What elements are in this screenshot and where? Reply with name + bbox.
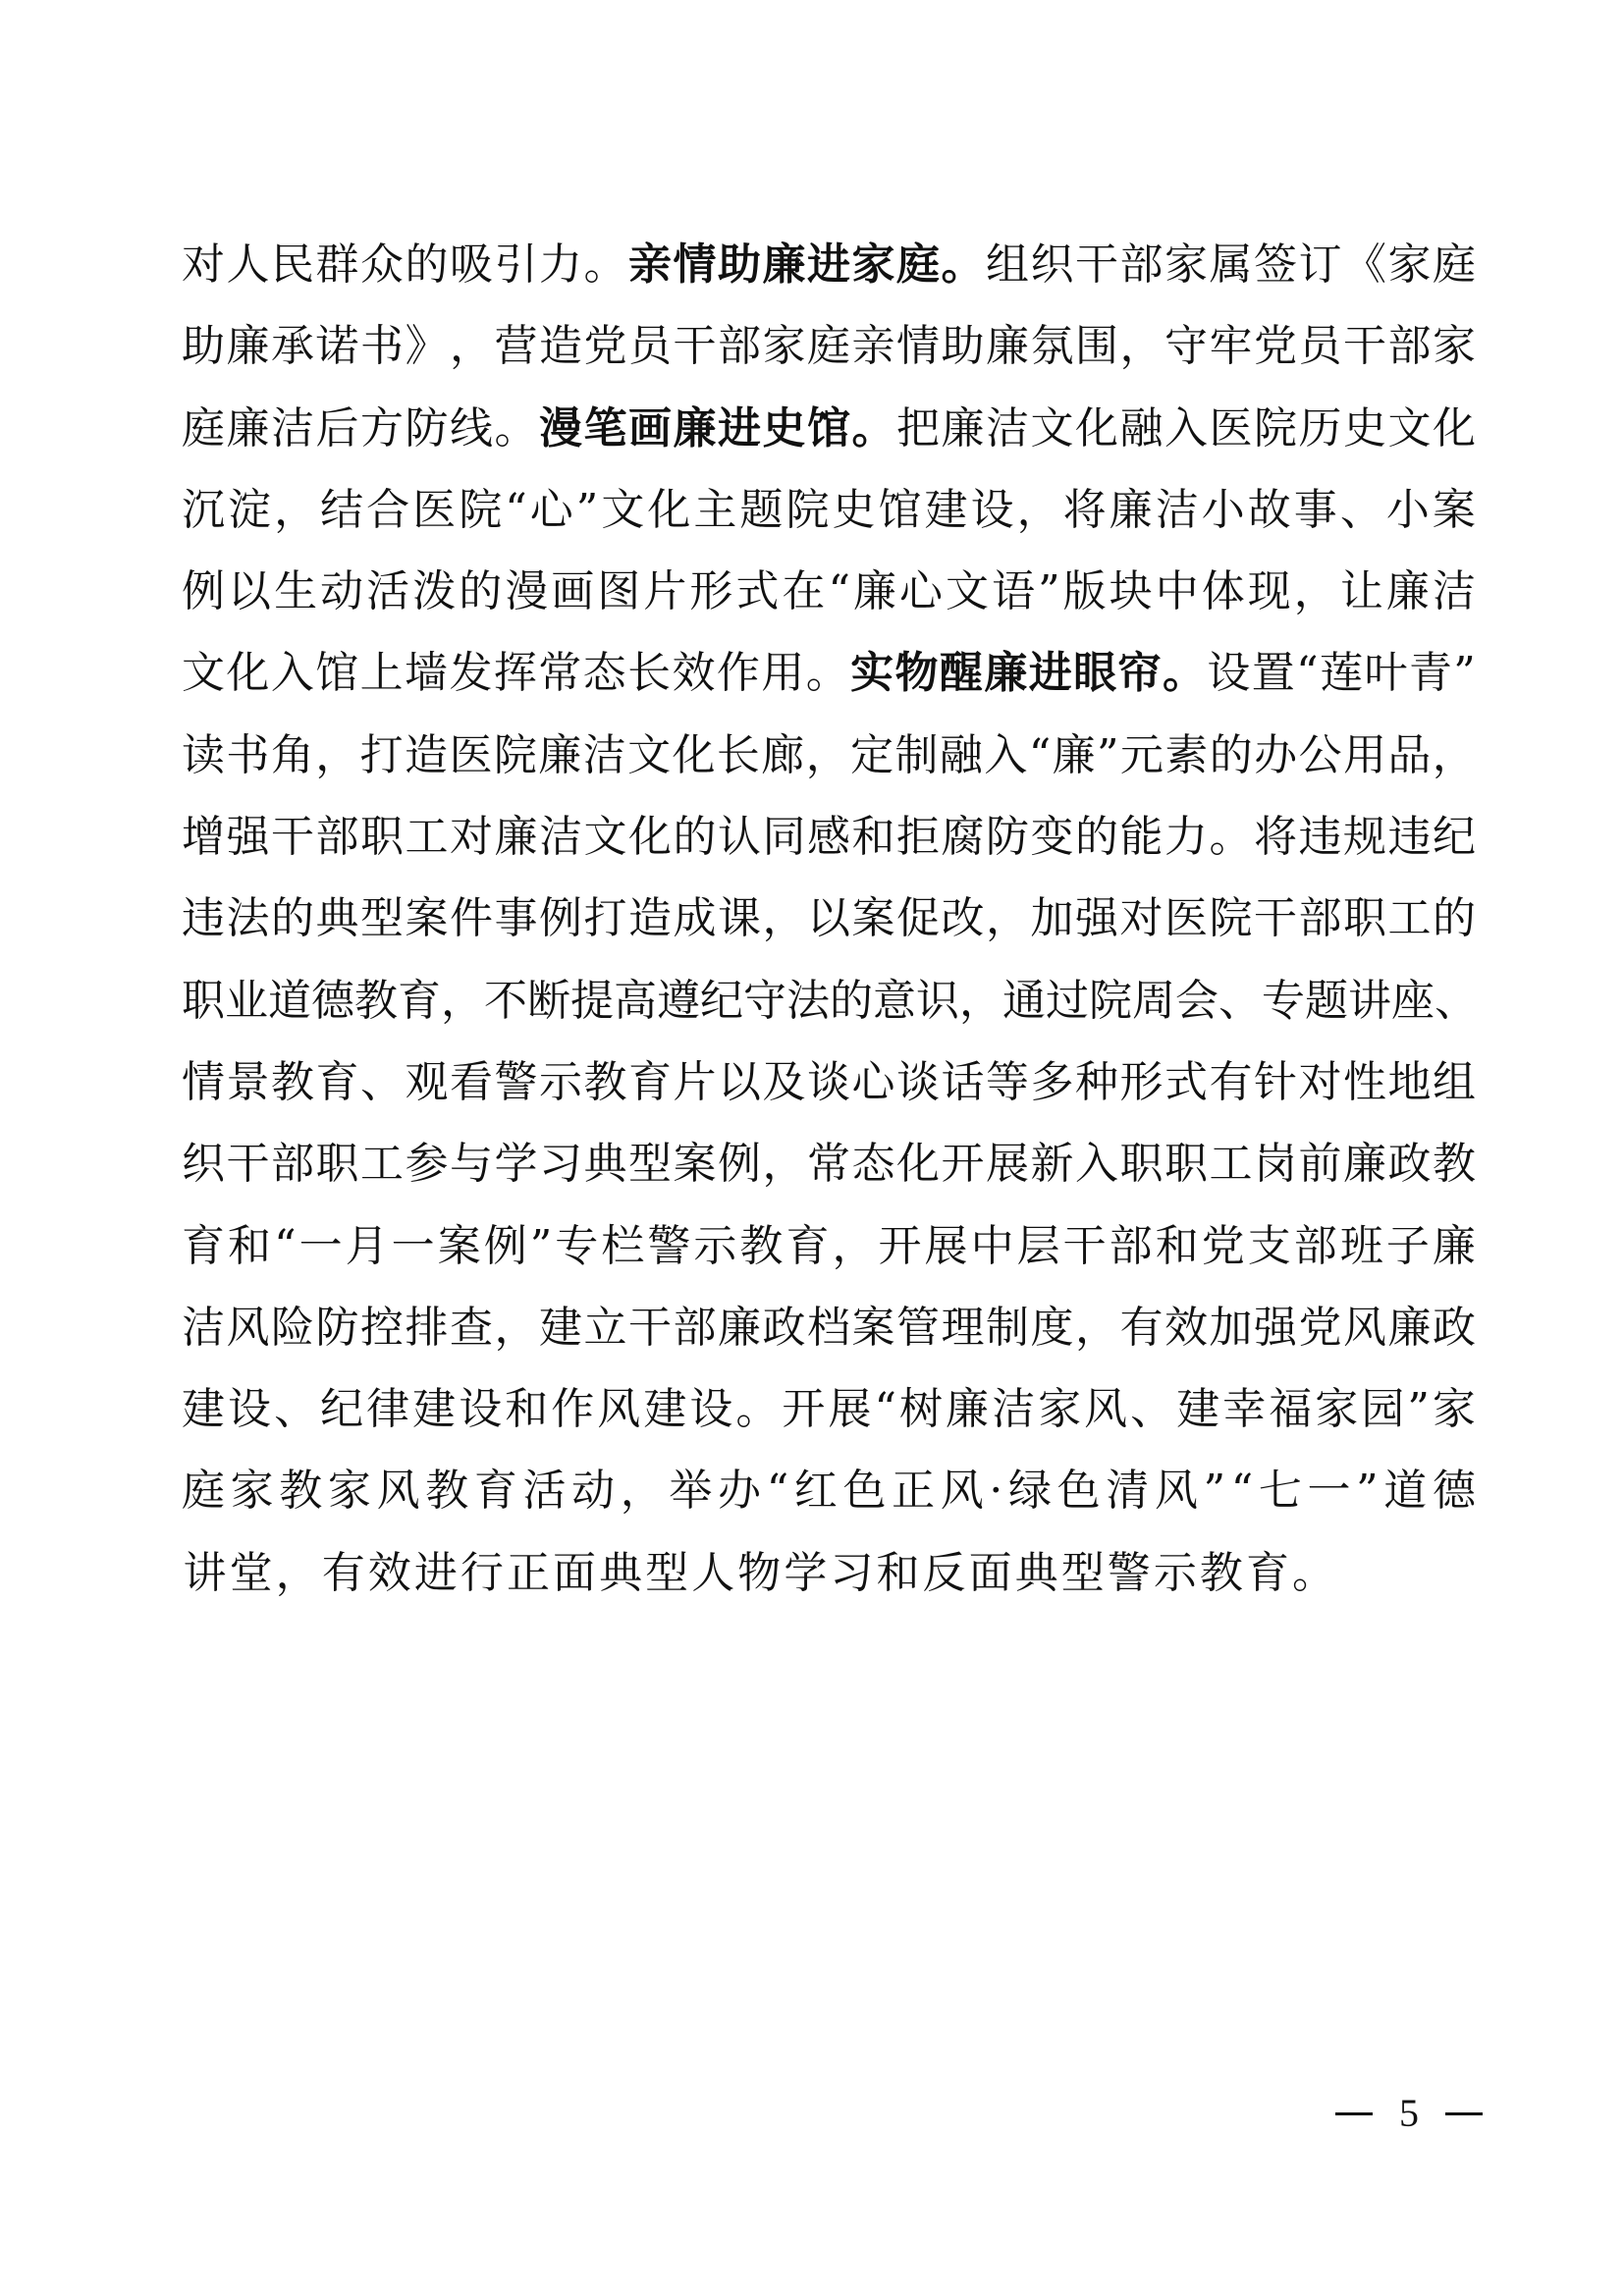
text-char: 入 [271, 642, 314, 723]
text-char: 承 [271, 315, 314, 397]
text-char: 廉 [946, 1378, 989, 1460]
text-char: 干 [1254, 887, 1297, 969]
text-char: 例 [718, 1133, 761, 1214]
text-char: 风 [227, 1297, 270, 1378]
text-char: 和 [228, 1215, 271, 1297]
text-char: 。 [584, 234, 627, 315]
text-char: 学 [783, 1542, 829, 1624]
text-char: 洁 [1433, 561, 1476, 642]
text-char: 体 [1202, 561, 1245, 642]
text-char: 员 [628, 315, 672, 397]
text-char: 德 [311, 970, 354, 1051]
text-char: 组 [986, 234, 1029, 315]
text-char: 工 [360, 1133, 404, 1214]
text-char: 教 [584, 1051, 627, 1133]
text-char: 块 [1110, 561, 1153, 642]
text-char: 控 [360, 1297, 404, 1378]
text-char: ” [1204, 1460, 1226, 1541]
text-line: 文化入馆上墙发挥常态长效作用。实物醒廉进眼帘。设置“莲叶青” [182, 642, 1476, 723]
text-char: 面 [552, 1542, 598, 1624]
text-char: 院 [1089, 970, 1132, 1051]
text-char: 漫 [505, 561, 548, 642]
text-char: 后 [316, 398, 359, 479]
text-char: 家 [328, 1460, 371, 1541]
text-char: 认 [718, 806, 761, 887]
text-char: 家 [1388, 234, 1432, 315]
text-char: 动 [320, 561, 363, 642]
text-char: 作 [717, 642, 760, 723]
text-char: 法 [786, 970, 830, 1051]
text-char: “ [874, 1378, 896, 1460]
text-char: 设 [228, 1378, 271, 1460]
text-char: 廉 [538, 724, 581, 806]
text-char: 强 [1254, 1297, 1297, 1378]
text-char: 融 [940, 724, 983, 806]
body-paragraph: 对人民群众的吸引力。亲情助廉进家庭。组织干部家属签订《家庭助廉承诺书》，营造党员… [182, 234, 1476, 1624]
text-char: 福 [1269, 1378, 1312, 1460]
text-char: 育 [316, 1051, 359, 1133]
text-char: 以 [228, 561, 271, 642]
text-char: 常 [538, 642, 581, 723]
text-char: 题 [739, 479, 783, 561]
text-char: 清 [1106, 1460, 1149, 1541]
text-char: 建 [1176, 1378, 1219, 1460]
text-char: 诺 [316, 315, 359, 397]
text-char: 挥 [494, 642, 537, 723]
text-char: 片 [643, 561, 686, 642]
text-char: 腐 [942, 806, 985, 887]
text-char: 和 [875, 1542, 921, 1624]
text-char: 的 [1210, 724, 1253, 806]
text-char: 典 [1013, 1542, 1059, 1624]
text-char: 参 [406, 1133, 449, 1214]
text-char: 态 [583, 642, 626, 723]
text-char: 家 [1433, 1378, 1476, 1460]
text-char: 廉 [853, 561, 896, 642]
bold-heading-char: 笔 [584, 398, 627, 479]
text-char: 版 [1063, 561, 1107, 642]
text-char: 和 [505, 1378, 548, 1460]
text-char: 一 [1308, 1460, 1351, 1541]
text-char: 淀 [228, 479, 271, 561]
text-char: 牢 [1210, 315, 1253, 397]
text-char: 办 [1254, 724, 1297, 806]
text-char: 长 [717, 724, 760, 806]
text-char: 庭 [182, 398, 225, 479]
text-char: 设 [971, 479, 1014, 561]
text-char: 幸 [1222, 1378, 1266, 1460]
text-line: 读书角，打造医院廉洁文化长廊，定制融入“廉”元素的办公用品， [182, 724, 1476, 806]
text-char: 廉 [1388, 1297, 1432, 1378]
text-char: ， [1433, 724, 1476, 806]
text-char: 化 [1075, 398, 1118, 479]
text-char: 读 [182, 724, 225, 806]
text-char: 。 [806, 642, 849, 723]
text-char: 干 [271, 806, 314, 887]
text-char: 医 [449, 724, 492, 806]
text-char: 家 [1038, 1378, 1081, 1460]
text-char: 办 [718, 1460, 761, 1541]
text-char: 态 [852, 1133, 895, 1214]
text-char: 制 [895, 724, 939, 806]
text-char: 针 [1254, 1051, 1297, 1133]
text-char: 部 [316, 806, 359, 887]
text-char: 、 [274, 1378, 317, 1460]
text-char: 堂 [228, 1542, 274, 1624]
text-char: 常 [807, 1133, 850, 1214]
text-char: 月 [346, 1215, 389, 1297]
text-char: 遵 [657, 970, 700, 1051]
text-char: 业 [225, 970, 268, 1051]
text-char: 改 [942, 887, 985, 969]
text-char: 通 [1002, 970, 1046, 1051]
bold-heading-char: 家 [852, 234, 895, 315]
text-char: 举 [669, 1460, 712, 1541]
text-char: ， [315, 724, 358, 806]
text-char: 职 [316, 1133, 359, 1214]
text-line: 讲堂，有效进行正面典型人物学习和反面典型警示教育。 [182, 1542, 1476, 1624]
text-char: 栏 [601, 1215, 644, 1297]
text-char: 人 [227, 234, 270, 315]
text-char: 泼 [412, 561, 456, 642]
text-char: 家 [763, 315, 806, 397]
text-char: 守 [1164, 315, 1208, 397]
text-char: 风 [377, 1460, 420, 1541]
text-char: 《 [1343, 234, 1386, 315]
text-char: 文 [584, 806, 627, 887]
text-char: 的 [459, 561, 502, 642]
text-char: 职 [360, 806, 404, 887]
text-char: 史 [832, 479, 875, 561]
text-char: 建 [412, 1378, 456, 1460]
text-line: 育和“一月一案例”专栏警示教育，开展中层干部和党支部班子廉 [182, 1215, 1476, 1297]
text-char: “ [767, 1460, 789, 1541]
text-char: 。 [495, 398, 538, 479]
text-char: 洁 [539, 806, 582, 887]
text-char: 引 [495, 234, 538, 315]
text-char: ” [1356, 1460, 1379, 1541]
text-char: 政 [763, 1297, 806, 1378]
text-char: 正 [892, 1460, 935, 1541]
text-char: ” [576, 479, 599, 561]
text-char: 事 [1294, 479, 1337, 561]
text-char: 色 [1057, 1460, 1101, 1541]
text-char: 有 [1210, 1051, 1253, 1133]
bold-heading-char: 史 [763, 398, 806, 479]
text-char: 规 [1343, 806, 1386, 887]
text-char: 型 [360, 887, 404, 969]
text-char: 。 [1210, 806, 1253, 887]
text-char: 廉 [986, 315, 1029, 397]
text-char: “ [1296, 642, 1319, 723]
text-char: 线 [450, 398, 493, 479]
text-char: 织 [182, 1133, 225, 1214]
text-char: 医 [1210, 398, 1253, 479]
text-char: ， [763, 1133, 806, 1214]
text-char: 观 [406, 1051, 449, 1133]
text-char: 故 [1248, 479, 1291, 561]
text-char: 层 [1017, 1215, 1060, 1297]
text-char: ， [806, 724, 849, 806]
text-char: 化 [226, 642, 269, 723]
text-char: 廉 [718, 1297, 761, 1378]
text-char: 让 [1340, 561, 1383, 642]
text-char: 洁 [583, 724, 626, 806]
text-char: 违 [182, 887, 225, 969]
text-char: 文 [1388, 398, 1432, 479]
text-char: 教 [1433, 1133, 1476, 1214]
text-char: 变 [1031, 806, 1074, 887]
text-char: 营 [495, 315, 538, 397]
text-char: ， [832, 1215, 875, 1297]
text-char: ” [1453, 642, 1476, 723]
text-char: 作 [551, 1378, 594, 1460]
text-char: 制 [986, 1297, 1029, 1378]
text-char: 建 [182, 1378, 225, 1460]
text-char: 建 [539, 1297, 582, 1378]
text-char: 结 [320, 479, 363, 561]
text-char: “ [505, 479, 527, 561]
text-char: 险 [271, 1297, 314, 1378]
text-char: 示 [1152, 1542, 1198, 1624]
text-char: 谈 [807, 1051, 850, 1133]
text-char: 围 [1075, 315, 1118, 397]
text-char: ， [274, 1542, 320, 1624]
text-char: 造 [405, 724, 448, 806]
text-char: 示 [539, 1051, 582, 1133]
text-char: 画 [551, 561, 594, 642]
text-char: 庭 [807, 315, 850, 397]
text-char: 防 [406, 398, 449, 479]
text-char: 典 [316, 887, 359, 969]
text-char: 》 [406, 315, 449, 397]
text-char: 院 [1210, 887, 1253, 969]
text-char: 党 [1254, 315, 1297, 397]
text-char: 看 [450, 1051, 493, 1133]
text-char: 专 [555, 1215, 598, 1297]
text-char: 正 [505, 1542, 551, 1624]
text-char: 青 [1409, 642, 1452, 723]
text-char: 馆 [315, 642, 358, 723]
text-char: 例 [182, 561, 225, 642]
text-char: 防 [316, 1297, 359, 1378]
text-char: 七 [1259, 1460, 1302, 1541]
text-char: 景 [227, 1051, 270, 1133]
bold-heading-char: 助 [718, 234, 761, 315]
text-line: 情景教育、观看警示教育片以及谈心谈话等多种形式有针对性地组 [182, 1051, 1476, 1133]
text-char: 职 [1120, 1133, 1164, 1214]
text-char: 主 [693, 479, 736, 561]
text-char: 合 [366, 479, 409, 561]
text-char: 廉 [1110, 479, 1153, 561]
text-char: 案 [674, 1133, 717, 1214]
text-char: 警 [495, 1051, 538, 1133]
text-char: 理 [942, 1297, 985, 1378]
text-char: 订 [1299, 234, 1342, 315]
text-char: 文 [1031, 398, 1074, 479]
text-char: “ [1029, 724, 1052, 806]
text-char: 对 [182, 234, 225, 315]
text-char: 树 [899, 1378, 943, 1460]
text-char: ， [441, 970, 484, 1051]
text-char: 教 [425, 1460, 468, 1541]
bold-heading-char: 。 [852, 398, 895, 479]
text-char: “ [1231, 1460, 1254, 1541]
text-char: 子 [1386, 1215, 1430, 1297]
text-char: ， [274, 479, 317, 561]
text-char: 文 [946, 561, 989, 642]
text-char: 、 [1130, 1378, 1173, 1460]
text-char: 设 [1207, 642, 1250, 723]
text-char: 成 [674, 887, 717, 969]
text-char: 工 [1388, 887, 1432, 969]
text-char: 干 [1075, 234, 1118, 315]
text-char: 教 [739, 1215, 783, 1297]
text-char: 织 [1031, 234, 1074, 315]
text-char: 小 [1202, 479, 1245, 561]
bold-heading-char: 廉 [984, 642, 1027, 723]
text-char: ， [1017, 479, 1060, 561]
text-char: 纪 [700, 970, 743, 1051]
text-char: 式 [1164, 1051, 1208, 1133]
text-char: 排 [406, 1297, 449, 1378]
text-char: 化 [896, 1133, 940, 1214]
text-char: 文 [627, 724, 671, 806]
text-char: 将 [1254, 806, 1297, 887]
text-char: 习 [539, 1133, 582, 1214]
text-line: 织干部职工参与学习典型案例，常态化开展新入职职工岗前廉政教 [182, 1133, 1476, 1214]
text-char: 角 [271, 724, 314, 806]
text-char: 育 [398, 970, 441, 1051]
text-char: 有 [1120, 1297, 1164, 1378]
text-char: 职 [1343, 887, 1386, 969]
text-char: 与 [450, 1133, 493, 1214]
text-char: 效 [1164, 1297, 1208, 1378]
text-char: 件 [450, 887, 493, 969]
text-char: 开 [782, 1378, 825, 1460]
text-char: 政 [1388, 1133, 1432, 1214]
text-char: 的 [1433, 887, 1476, 969]
text-char: 党 [1202, 1215, 1245, 1297]
text-char: 设 [689, 1378, 732, 1460]
text-char: 墙 [405, 642, 448, 723]
text-char: 在 [782, 561, 825, 642]
text-char: 教 [271, 1051, 314, 1133]
text-char: · [989, 1460, 1002, 1541]
text-char: 用 [761, 642, 804, 723]
text-char: 吸 [450, 234, 493, 315]
text-char: 习 [829, 1542, 875, 1624]
text-char: 的 [674, 806, 717, 887]
text-char: 新 [1031, 1133, 1074, 1214]
text-char: 律 [366, 1378, 409, 1460]
page-number-value: 5 [1399, 2089, 1419, 2138]
text-line: 建设、纪律建设和作风建设。开展“树廉洁家风、建幸福家园”家 [182, 1378, 1476, 1460]
text-char: 育 [182, 1215, 225, 1297]
text-char: 专 [1262, 970, 1305, 1051]
text-char: 纪 [320, 1378, 363, 1460]
text-char: 品 [1387, 724, 1431, 806]
text-char: 院 [459, 479, 502, 561]
text-char: 活 [366, 561, 409, 642]
text-char: 事 [495, 887, 538, 969]
text-char: 示 [693, 1215, 736, 1297]
text-char: 性 [1343, 1051, 1386, 1133]
text-char: 有 [320, 1542, 366, 1624]
text-char: 案 [438, 1215, 481, 1297]
document-page: 对人民群众的吸引力。亲情助廉进家庭。组织干部家属签订《家庭助廉承诺书》，营造党员… [0, 0, 1624, 2296]
text-char: 用 [1343, 724, 1386, 806]
text-char: 以 [807, 887, 850, 969]
text-char: 活 [522, 1460, 566, 1541]
text-char: ” [1038, 561, 1060, 642]
text-char: 加 [1210, 1297, 1253, 1378]
text-char: 人 [690, 1542, 736, 1624]
text-char: 家 [1164, 234, 1208, 315]
text-char: 定 [850, 724, 893, 806]
text-char: 院 [494, 724, 537, 806]
text-char: 、 [1340, 479, 1383, 561]
bold-heading-char: 帘 [1118, 642, 1162, 723]
text-char: 多 [1031, 1051, 1074, 1133]
text-char: 、 [360, 1051, 404, 1133]
text-char: 等 [986, 1051, 1029, 1133]
text-char: 医 [412, 479, 456, 561]
text-char: 廉 [227, 398, 270, 479]
text-char: 防 [986, 806, 1029, 887]
text-char: 管 [896, 1297, 940, 1378]
bold-heading-char: 情 [674, 234, 717, 315]
text-char: ， [1294, 561, 1337, 642]
text-char: 图 [597, 561, 640, 642]
text-char: 造 [628, 887, 672, 969]
text-char: 廉 [495, 806, 538, 887]
text-char: 教 [279, 1460, 322, 1541]
text-char: 文 [182, 642, 225, 723]
text-char: 干 [1063, 1215, 1107, 1297]
text-char: 、 [1218, 970, 1262, 1051]
text-char: 的 [271, 887, 314, 969]
text-char: 反 [921, 1542, 967, 1624]
text-char: 教 [354, 970, 398, 1051]
text-char: “ [274, 1215, 297, 1297]
text-char: 德 [1433, 1460, 1476, 1541]
text-line: 例以生动活泼的漫画图片形式在“廉心文语”版块中体现，让廉洁 [182, 561, 1476, 642]
page-number: 5 [1335, 2089, 1483, 2138]
text-char: 学 [495, 1133, 538, 1214]
text-char: 融 [1120, 398, 1164, 479]
text-char: 化 [672, 724, 715, 806]
text-char: 对 [1299, 1051, 1342, 1133]
text-char: 题 [1305, 970, 1348, 1051]
text-char: 中 [1156, 561, 1199, 642]
text-char: 入 [1164, 398, 1208, 479]
text-char: 部 [1294, 1215, 1337, 1297]
page-number-right-dash [1445, 2112, 1483, 2115]
text-line: 庭廉洁后方防线。漫笔画廉进史馆。把廉洁文化融入医院历史文化 [182, 398, 1476, 479]
text-char: 现 [1248, 561, 1291, 642]
text-char: 群 [316, 234, 359, 315]
text-char: 庭 [1433, 234, 1476, 315]
text-char: 院 [785, 479, 829, 561]
text-char: ， [763, 887, 806, 969]
text-char: 设 [459, 1378, 502, 1460]
text-char: 。 [735, 1378, 779, 1460]
text-char: 违 [1388, 806, 1432, 887]
text-char: 一 [299, 1215, 343, 1297]
text-char: ， [1120, 315, 1164, 397]
text-char: ” [1407, 1378, 1430, 1460]
